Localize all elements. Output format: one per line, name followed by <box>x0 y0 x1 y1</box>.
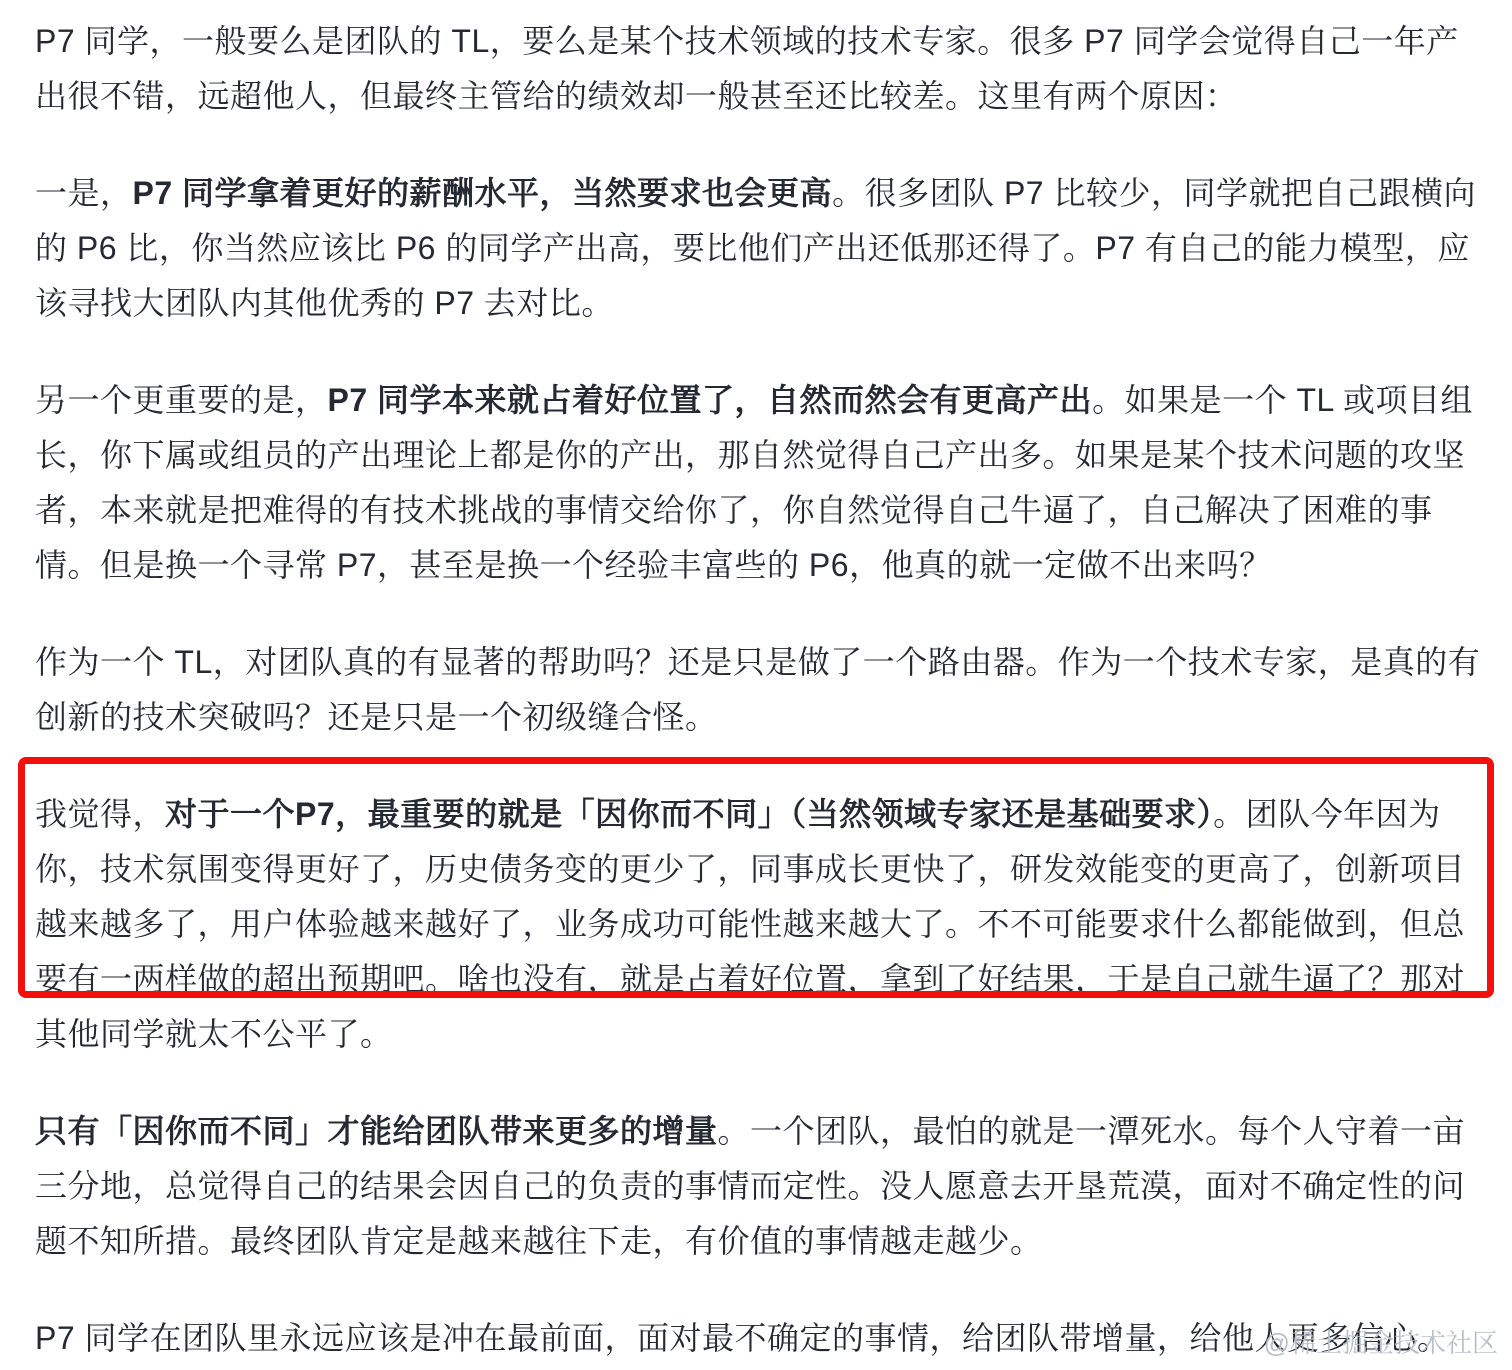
bold-text-segment: 对于一个P7，最重要的就是「因你而不同」（当然领域专家还是基础要求） <box>165 796 1213 832</box>
bold-text-segment: 只有「因你而不同」才能给团队带来更多的增量 <box>35 1113 718 1149</box>
paragraph-intro: P7 同学，一般要么是团队的 TL，要么是某个技术领域的技术专家。很多 P7 同… <box>35 14 1488 124</box>
paragraph-highlighted: 我觉得，对于一个P7，最重要的就是「因你而不同」（当然领域专家还是基础要求）。团… <box>35 787 1488 1062</box>
paragraph-tl-question: 作为一个 TL，对团队真的有显著的帮助吗？还是只是做了一个路由器。作为一个技术专… <box>35 635 1488 745</box>
watermark: @稀土掘金技术社区 <box>1264 1328 1498 1358</box>
paragraph-reason-2: 另一个更重要的是，P7 同学本来就占着好位置了，自然而然会有更高产出。如果是一个… <box>35 373 1488 593</box>
text-segment: 另一个更重要的是， <box>35 382 328 418</box>
bold-text-segment: P7 同学本来就占着好位置了，自然而然会有更高产出 <box>328 382 1093 418</box>
text-segment: P7 同学在团队里永远应该是冲在最前面，面对最不确定的事情，给团队带增量，给他人… <box>35 1320 1450 1356</box>
text-segment: 作为一个 TL，对团队真的有显著的帮助吗？还是只是做了一个路由器。作为一个技术专… <box>35 644 1480 735</box>
text-segment: 我觉得， <box>35 796 165 832</box>
article-body: P7 同学，一般要么是团队的 TL，要么是某个技术领域的技术专家。很多 P7 同… <box>0 0 1512 1366</box>
text-segment: 。团队今年因为你，技术氛围变得更好了，历史债务变的更少了，同事成长更快了，研发效… <box>35 796 1465 1052</box>
paragraph-reason-1: 一是，P7 同学拿着更好的薪酬水平，当然要求也会更高。很多团队 P7 比较少，同… <box>35 166 1488 331</box>
paragraph-list: P7 同学，一般要么是团队的 TL，要么是某个技术领域的技术专家。很多 P7 同… <box>35 14 1488 1366</box>
bold-text-segment: P7 同学拿着更好的薪酬水平，当然要求也会更高 <box>133 175 833 211</box>
text-segment: 一是， <box>35 175 133 211</box>
paragraph-increment: 只有「因你而不同」才能给团队带来更多的增量。一个团队，最怕的就是一潭死水。每个人… <box>35 1104 1488 1269</box>
text-segment: P7 同学，一般要么是团队的 TL，要么是某个技术领域的技术专家。很多 P7 同… <box>35 23 1459 114</box>
